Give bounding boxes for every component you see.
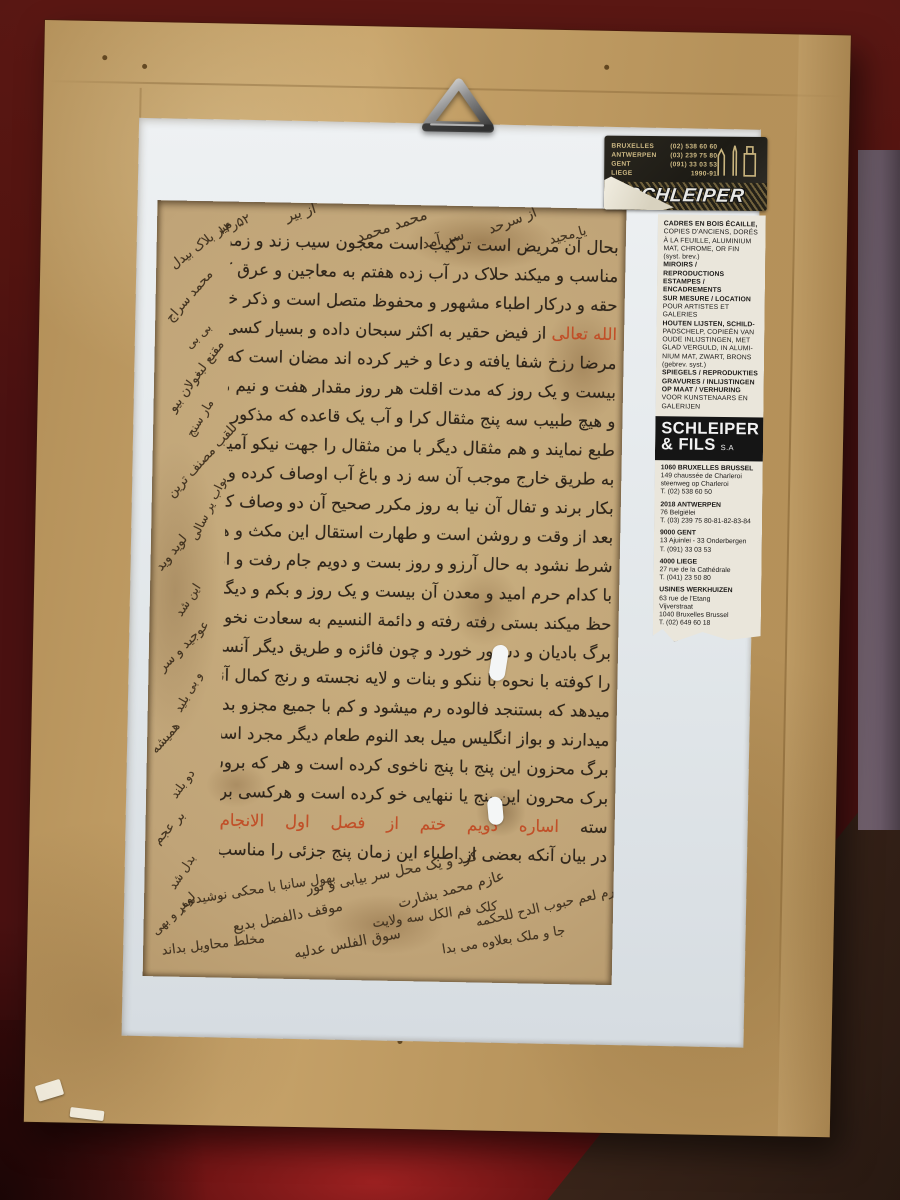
address-line: T. (02) 649 60 18 [659, 620, 755, 629]
margin-annotation: محمد سراج [163, 267, 216, 325]
sticker-city: GENT [611, 160, 631, 169]
schleiper-black-sticker: BRUXELLES(02) 538 60 60ANTWERPEN(03) 239… [604, 136, 768, 211]
bottom-annotation: مخلط محاویل بداند [161, 931, 266, 958]
margin-annotation: بواب یر سالی [187, 474, 230, 542]
brand-suffix: S.A [721, 440, 734, 456]
mounting-tab [487, 796, 504, 825]
addresses: 1060 BRUXELLES BRUSSEL149 chaussée de Ch… [659, 464, 757, 629]
nail-hole [604, 65, 609, 70]
photo-of-framed-manuscript-back: { "scene_labels": { "hanger": "metal tri… [0, 0, 900, 1200]
sticker-city-phone-rows: BRUXELLES(02) 538 60 60ANTWERPEN(03) 239… [611, 142, 717, 179]
address-group: 2018 ANTWERPEN76 BelgiëleiT. (03) 239 75… [660, 501, 756, 527]
sticker-phone: (03) 239 75 80 [670, 151, 717, 160]
address-group: 9000 GENT13 Ajuinlei - 33 OnderbergenT. … [660, 529, 756, 555]
manuscript-segment: اساره دویم ختم از فصل اول الانجام [219, 811, 559, 837]
manuscript-segment: الله تعالی [551, 324, 617, 344]
margin-annotation: دو بلند [167, 767, 197, 801]
bottom-annotation: جا و ملک بعلاوه می بدا [441, 923, 566, 957]
background-strip [858, 150, 900, 830]
margin-annotation: همیشه [148, 719, 184, 757]
sticker-row: LIEGE1990-91 [611, 169, 717, 179]
sticker-city: BRUXELLES [611, 142, 654, 151]
address-group: 4000 LIEGE27 rue de la CathédraleT. (041… [659, 558, 755, 584]
kraft-backing-board: ۵۲ر۱۴از بیرمحمد محمدسر آمداز سرحدیا مجید… [24, 20, 851, 1137]
service-line: POUR ARTISTES ET GALERIES [663, 303, 759, 321]
sticker-city: LIEGE [611, 169, 632, 178]
margin-annotation: میر بلاک بیدل [168, 217, 236, 273]
address-line: T. (02) 538 60 50 [660, 489, 756, 498]
service-line: ESTAMPES / ENCADREMENTS [663, 278, 759, 296]
nail-hole [142, 64, 147, 69]
bottom-annotation: سوق الفلس عدلیه [293, 926, 402, 962]
brand-name-line2: & FILS [661, 436, 716, 453]
manuscript-margin-annotations: میر بلاک بیدلمحمد سراجبی بیمقنع لبغولان … [158, 200, 627, 209]
manuscript-top-annotations: ۵۲ر۱۴از بیرمحمد محمدسر آمداز سرحدیا مجید [158, 200, 627, 209]
address-line: T. (03) 239 75 80-81-82-83-84 [660, 517, 756, 526]
art-supplies-icon [713, 142, 759, 183]
margin-annotation: عوجید و سر [155, 618, 212, 675]
manuscript-window: ۵۲ر۱۴از بیرمحمد محمدسر آمداز سرحدیا مجید… [143, 200, 627, 985]
margin-annotation: این شد [172, 581, 203, 619]
nail-hole [102, 55, 107, 60]
triangle-hanger-icon [421, 75, 496, 138]
torn-paper-scrap [70, 1107, 105, 1121]
services-text: CADRES EN BOIS ÉCAILLE,COPIES D'ANCIENS,… [661, 220, 759, 412]
service-line: MIROIRS / REPRODUCTIONS [663, 262, 759, 280]
margin-annotation: بدل شد [166, 852, 199, 892]
address-group: 1060 BRUXELLES BRUSSEL149 chaussée de Ch… [660, 464, 756, 498]
margin-annotation: بر عجم [150, 808, 188, 847]
manuscript-text-block: بحال آن مریض است ترکیب است معجون سیب زند… [219, 226, 619, 871]
manuscript-segment: سته [580, 817, 608, 837]
margin-annotation: و بی بلید [171, 669, 205, 714]
manuscript-bottom-annotations: کرد و یک محل سر بیابی و نوربهول سانبا با… [158, 200, 627, 209]
sticker-phone: (02) 538 60 60 [670, 142, 717, 151]
sticker-city: ANTWERPEN [611, 151, 656, 160]
schleiper-info-sticker: CADRES EN BOIS ÉCAILLE,COPIES D'ANCIENS,… [653, 214, 766, 643]
margin-annotation: مار سنج [183, 397, 216, 439]
manuscript-segment: از فیض حقیر به اکثر سبحان داده و بسیار ک… [229, 318, 547, 343]
margin-annotation: لوید وید [153, 532, 191, 574]
address-group: USINES WERKHUIZEN63 rue de l'EtangVijver… [659, 587, 755, 629]
margin-annotation: مقنع لبغولان بیو [166, 338, 228, 415]
brand-band: SCHLEIPER & FILS S.A [655, 416, 764, 461]
address-line: T. (041) 23 50 80 [659, 574, 755, 583]
top-annotation: از بیر [284, 201, 318, 225]
torn-paper-scrap [35, 1079, 65, 1102]
sticker-phone: (091) 33 03 53 [670, 160, 717, 169]
bottom-annotation: موقف دالفضل بدیع [231, 898, 344, 935]
service-line: GALERIJEN [661, 403, 757, 412]
address-line: T. (091) 33 03 53 [660, 546, 756, 555]
